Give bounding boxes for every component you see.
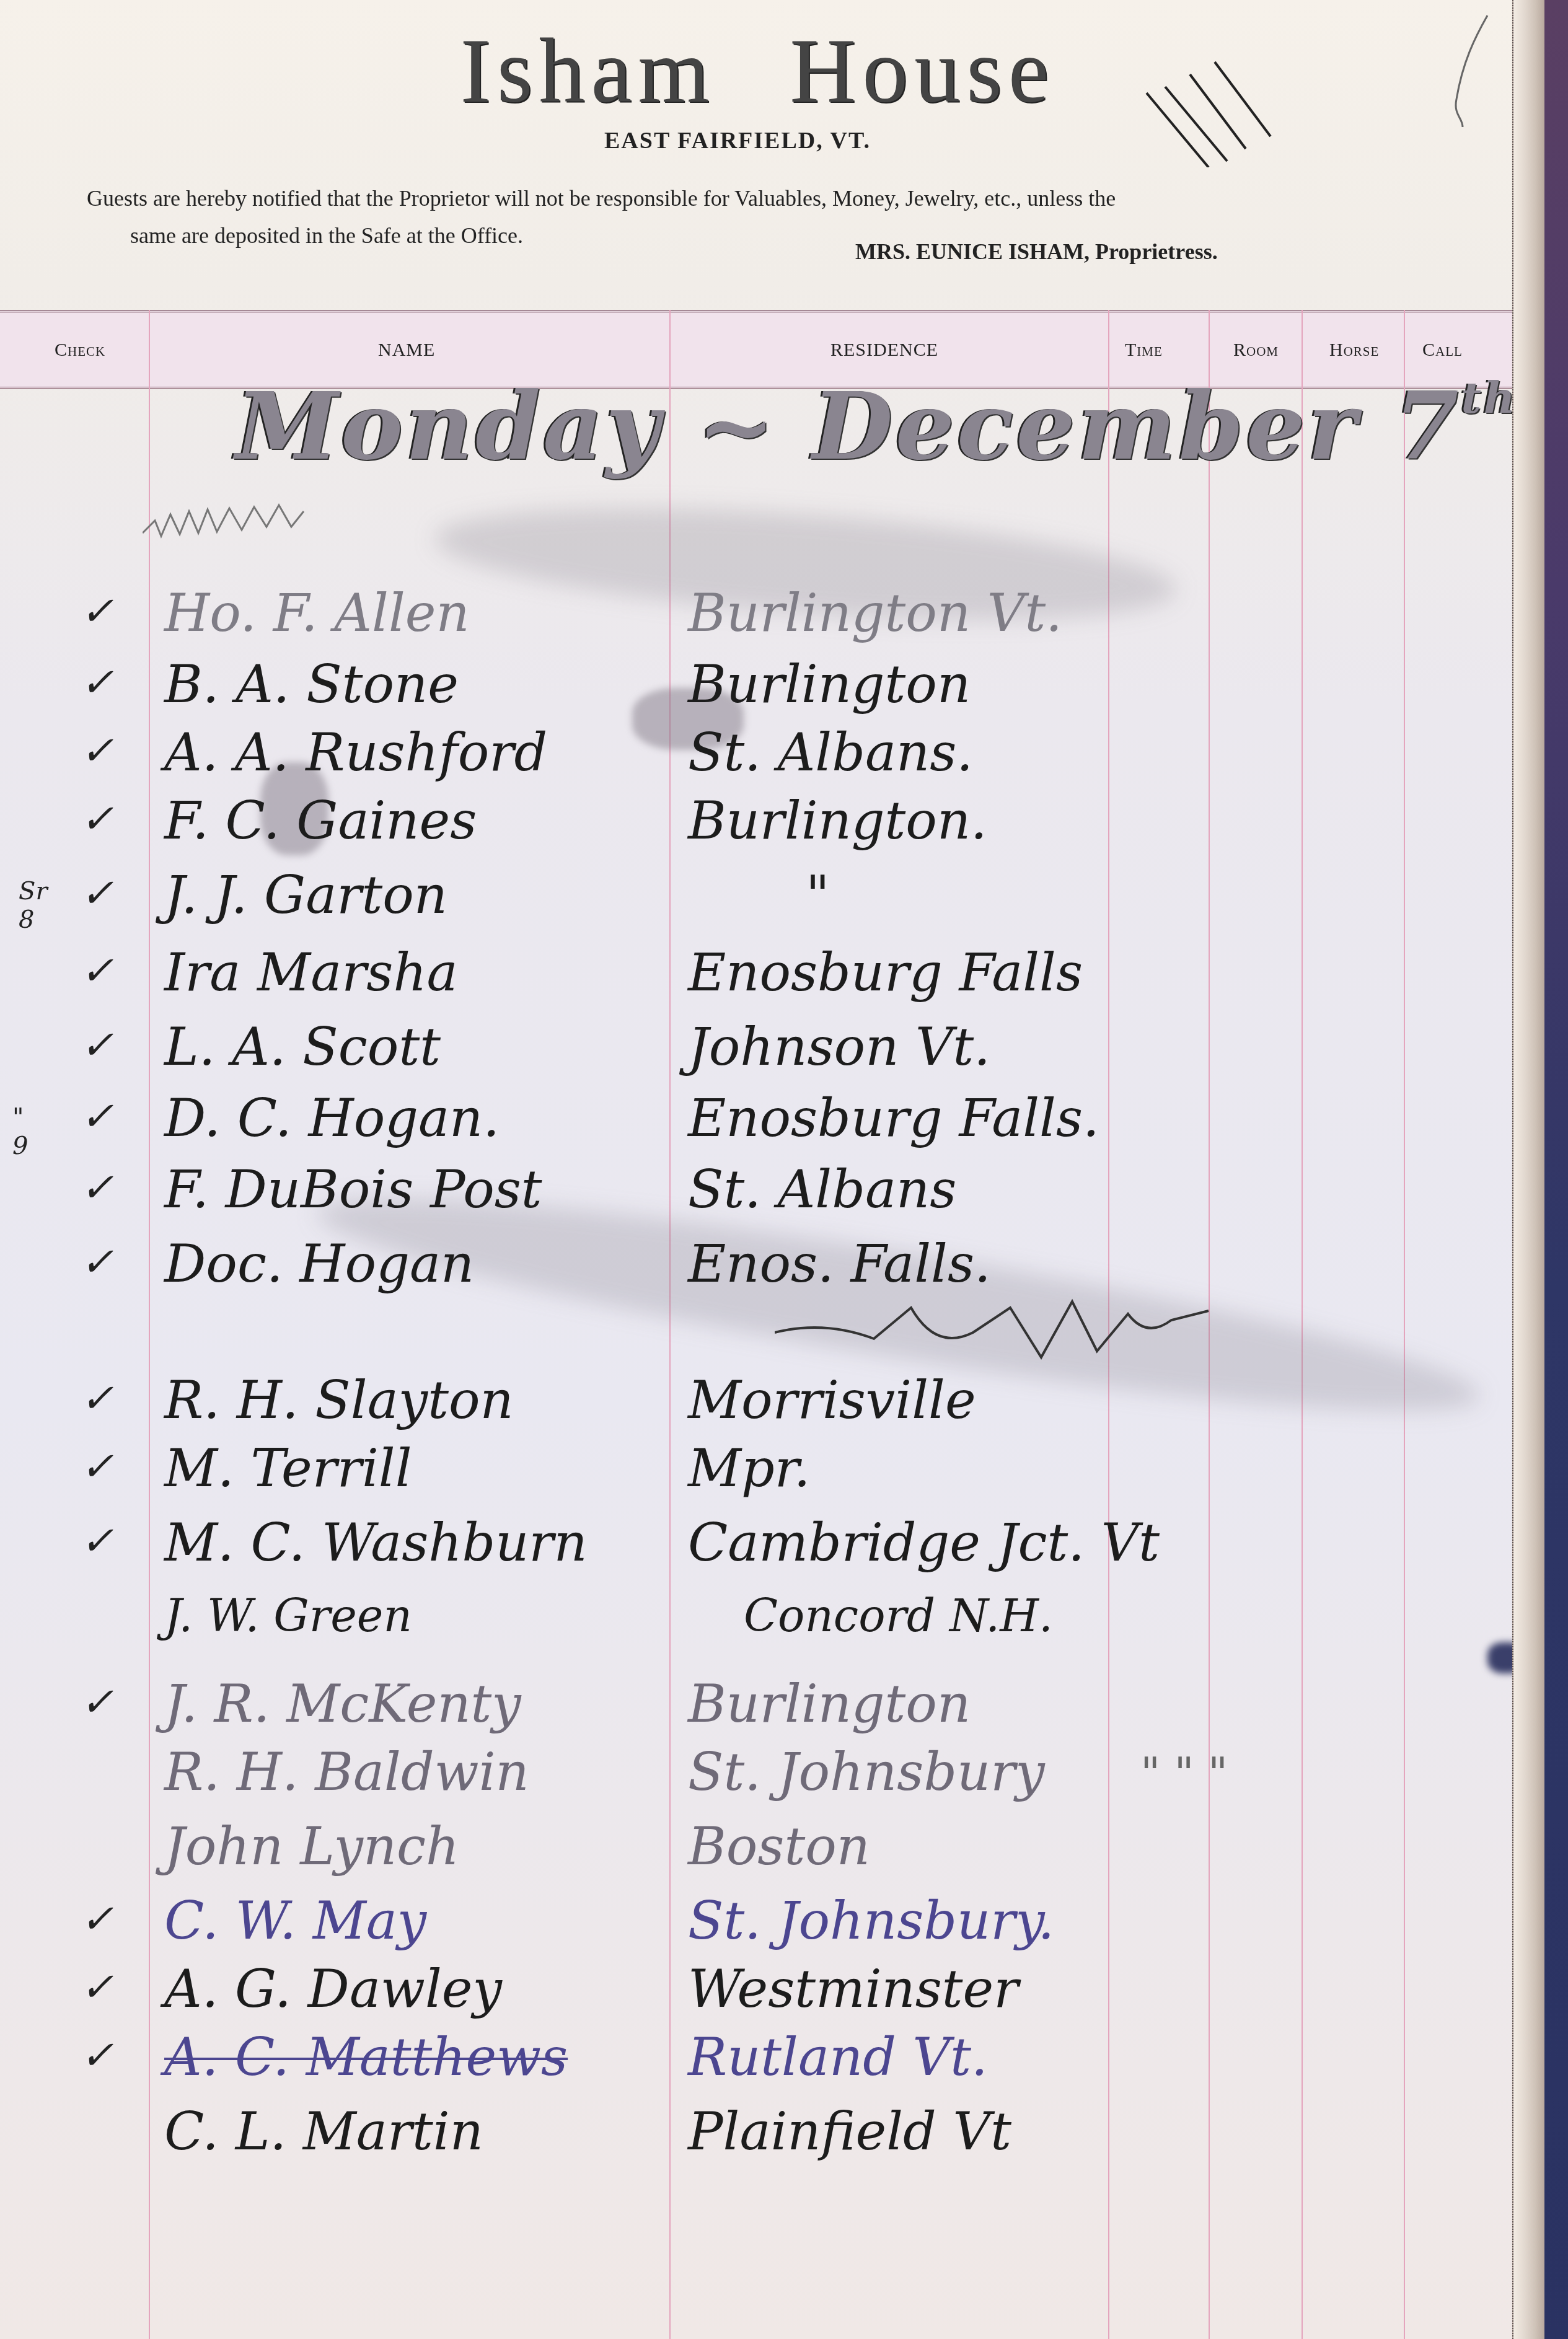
title-word-2: House <box>790 20 1055 122</box>
guest-name: J. J. Garton <box>164 865 447 925</box>
check-mark: ✓ <box>81 589 114 635</box>
guest-residence: Enosburg Falls <box>688 942 1083 1003</box>
notice-line-1: Guests are hereby notified that the Prop… <box>87 180 1419 217</box>
check-mark: ✓ <box>81 1094 114 1140</box>
check-mark: ✓ <box>81 1376 114 1422</box>
guest-name: Ho. F. Allen <box>164 583 470 643</box>
ditto-marks: " " " <box>1140 1748 1228 1799</box>
guest-name: C. L. Martin <box>164 2101 483 2162</box>
check-mark: ✓ <box>81 728 114 774</box>
column-header-time: Time <box>1125 340 1163 361</box>
rule-check-name <box>149 310 150 2339</box>
guest-residence: Cambridge Jct. Vt <box>688 1512 1160 1573</box>
guest-name: B. A. Stone <box>164 654 459 715</box>
guest-name: R. H. Slayton <box>164 1370 514 1430</box>
column-header-horse: Horse <box>1329 340 1379 361</box>
guest-residence: Enos. Falls. <box>688 1233 991 1294</box>
check-mark: ✓ <box>81 2033 114 2079</box>
guest-name: Doc. Hogan <box>164 1233 474 1294</box>
check-mark: ✓ <box>81 1240 114 1285</box>
column-header-residence: RESIDENCE <box>830 340 938 361</box>
check-mark: ✓ <box>81 796 114 842</box>
date-month: December <box>813 372 1359 481</box>
guest-residence: St. Johnsbury. <box>688 1890 1054 1951</box>
guest-name: C. W. May <box>164 1890 426 1951</box>
guest-residence: Burlington <box>688 654 971 715</box>
check-mark: ✓ <box>81 948 114 994</box>
pencil-mark <box>1450 12 1500 136</box>
notice-line-2: same are deposited in the Safe at the Of… <box>87 217 1419 254</box>
zigzag-flourish <box>775 1295 1425 1376</box>
column-header-check: Check <box>55 340 105 361</box>
guest-residence: Plainfield Vt <box>688 2101 1011 2162</box>
guest-name: F. C. Gaines <box>164 790 477 851</box>
column-header-name: NAME <box>378 340 435 361</box>
guest-name: R. H. Baldwin <box>164 1742 529 1802</box>
page-stack-edge <box>1512 0 1544 2339</box>
date-number: 7 <box>1394 372 1461 481</box>
check-mark: ✓ <box>81 660 114 706</box>
guest-name: John Lynch <box>164 1816 459 1877</box>
guest-name: D. C. Hogan. <box>164 1088 500 1148</box>
check-mark: ✓ <box>81 1965 114 2011</box>
title-word-1: Isham <box>460 20 716 122</box>
guest-residence: St. Johnsbury <box>688 1742 1045 1802</box>
guest-name: Ira Marsha <box>164 942 458 1003</box>
guest-residence: " <box>806 865 830 925</box>
hotel-location: EAST FAIRFIELD, VT. <box>0 127 1475 154</box>
check-mark: ✓ <box>81 871 114 917</box>
guest-residence: Mpr. <box>688 1438 810 1499</box>
check-mark: ✓ <box>81 1165 114 1211</box>
check-mark: ✓ <box>81 1896 114 1942</box>
hotel-title: IshamHouse <box>0 19 1515 124</box>
date-suffix: th <box>1461 372 1518 423</box>
guest-residence: St. Albans. <box>688 722 973 783</box>
guest-name: A. C. Matthews <box>164 2027 568 2087</box>
margin-note: Sr 8 <box>19 877 48 934</box>
guest-residence: St. Albans <box>688 1159 956 1220</box>
register-page: IshamHouse EAST FAIRFIELD, VT. Guests ar… <box>0 0 1515 2339</box>
guest-residence: Morrisville <box>688 1370 976 1430</box>
column-header-room: Room <box>1233 340 1279 361</box>
proprietress-line: MRS. EUNICE ISHAM, Proprietress. <box>855 239 1218 265</box>
guest-name: A. G. Dawley <box>164 1958 502 2019</box>
guest-name: M. Terrill <box>164 1438 412 1499</box>
date-separator: ~ <box>697 372 778 481</box>
guest-name: F. DuBois Post <box>164 1159 542 1220</box>
date-heading: Monday ~ December 7th <box>236 372 1506 496</box>
date-day: Monday <box>236 372 662 481</box>
check-mark: ✓ <box>81 1023 114 1068</box>
guest-residence: Burlington Vt. <box>688 583 1062 643</box>
check-mark: ✓ <box>81 1518 114 1564</box>
guest-residence: Boston <box>688 1816 870 1877</box>
liability-notice: Guests are hereby notified that the Prop… <box>87 180 1419 254</box>
guest-name: J. W. Green <box>164 1590 412 1642</box>
guest-name: J. R. McKenty <box>164 1673 521 1734</box>
zigzag-flourish <box>143 496 403 545</box>
guest-residence: Enosburg Falls. <box>688 1088 1099 1148</box>
guest-residence: Westminster <box>688 1958 1018 2019</box>
column-header-call: Call <box>1422 340 1463 361</box>
guest-residence: Burlington <box>688 1673 971 1734</box>
guest-residence: Johnson Vt. <box>688 1016 990 1077</box>
guest-residence: Rutland Vt. <box>688 2027 988 2087</box>
guest-name: M. C. Washburn <box>164 1512 588 1573</box>
check-mark: ✓ <box>81 1680 114 1725</box>
guest-name: A. A. Rushford <box>164 722 547 783</box>
guest-residence: Concord N.H. <box>744 1590 1053 1642</box>
check-mark: ✓ <box>81 1444 114 1490</box>
rule-name-residence <box>669 310 671 2339</box>
guest-name: L. A. Scott <box>164 1016 441 1077</box>
margin-note: " 9 <box>12 1103 28 1160</box>
guest-residence: Burlington. <box>688 790 987 851</box>
